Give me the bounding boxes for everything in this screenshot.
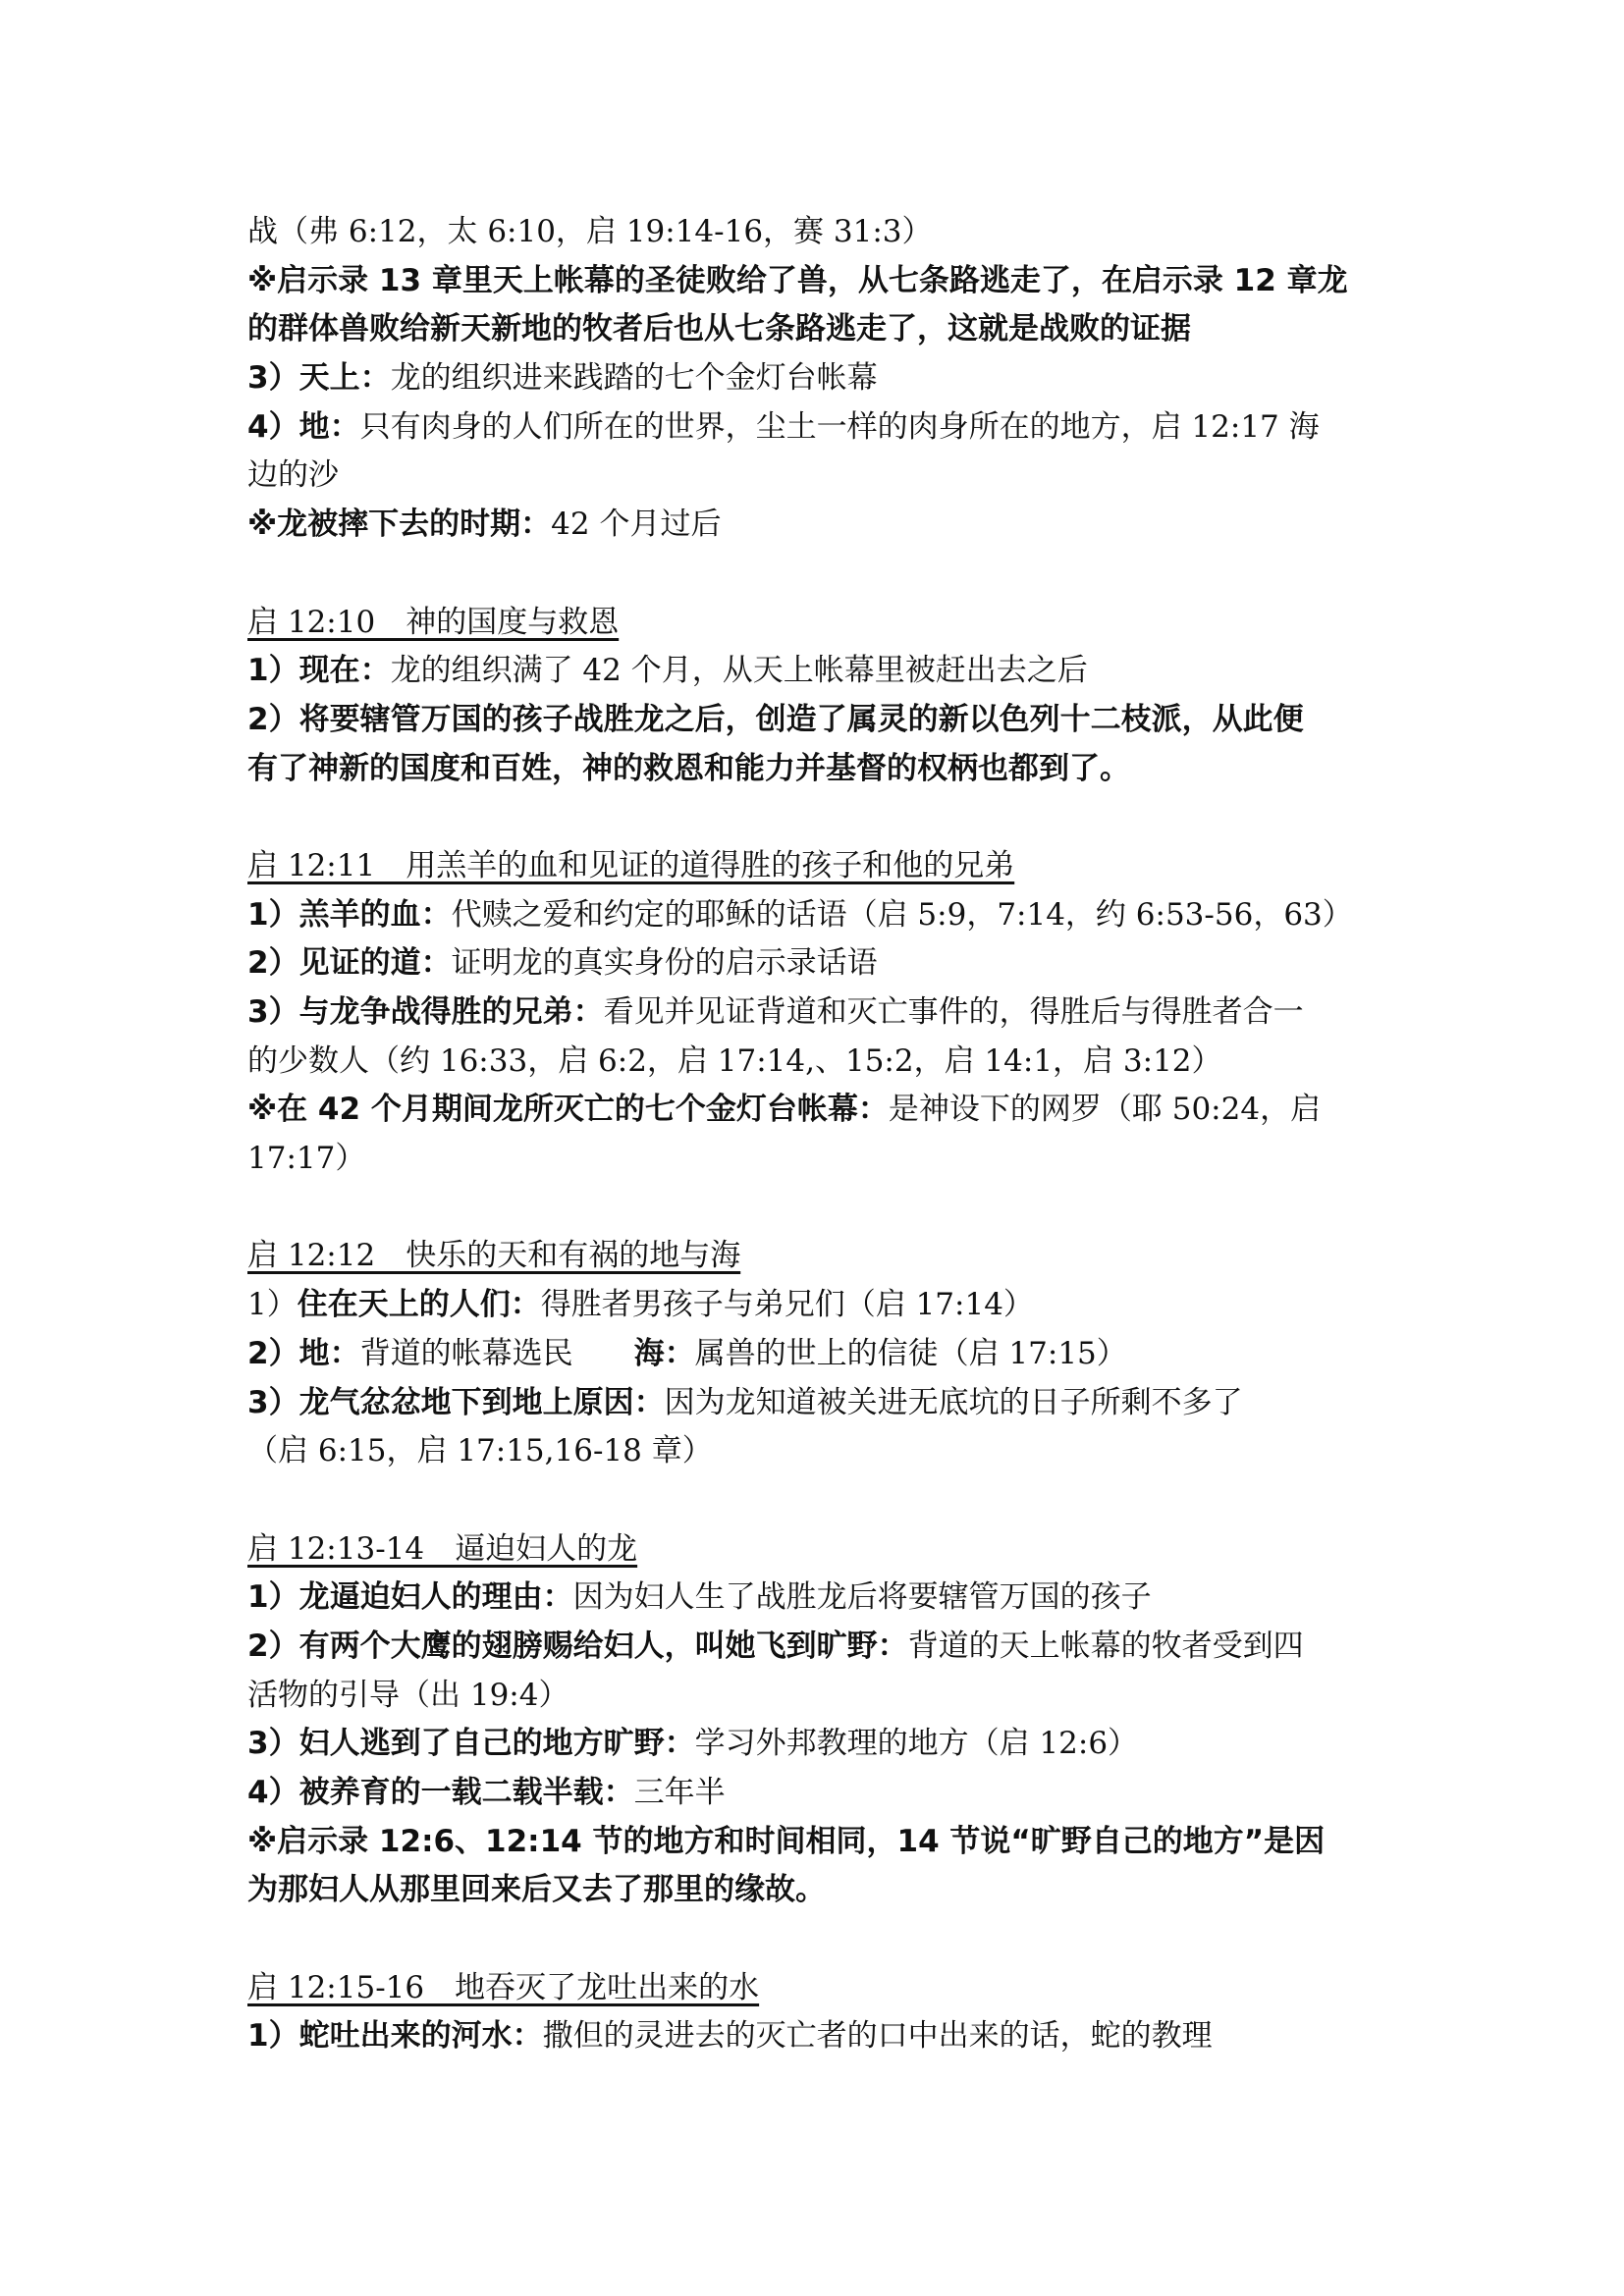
text-line: ※启示录 13 章里天上帐幕的圣徒败给了兽，从七条路逃走了，在启示录 12 章龙 xyxy=(247,257,1386,306)
text-line: 2）将要辖管万国的孩子战胜龙之后，创造了属灵的新以色列十二枝派，从此便 xyxy=(247,696,1386,745)
body-text: 1） xyxy=(247,1287,298,1322)
bold-text: 2）有两个大鹰的翅膀赐给妇人，叫她飞到旷野： xyxy=(247,1629,908,1664)
bold-text: 海： xyxy=(634,1336,695,1371)
section-heading: 启 12:10 神的国度与救恩 xyxy=(247,599,1386,648)
blank-line xyxy=(247,1184,1386,1233)
section-heading: 启 12:15-16 地吞灭了龙吐出来的水 xyxy=(247,1964,1386,2013)
body-text: （启 6:15，启 17:15,16-18 章） xyxy=(247,1433,713,1468)
text-line: 3）妇人逃到了自己的地方旷野：学习外邦教理的地方（启 12:6） xyxy=(247,1720,1386,1769)
text-line: 17:17） xyxy=(247,1135,1386,1184)
section-heading: 启 12:12 快乐的天和有祸的地与海 xyxy=(247,1232,1386,1281)
bold-text: 2）见证的道： xyxy=(247,945,452,981)
blank-line xyxy=(247,550,1386,599)
body-text: 17:17） xyxy=(247,1141,365,1176)
blank-line xyxy=(247,793,1386,842)
section-heading-text: 启 12:11 用羔羊的血和见证的道得胜的孩子和他的兄弟 xyxy=(247,848,1014,883)
text-line: ※在 42 个月期间龙所灭亡的七个金灯台帐幕：是神设下的网罗（耶 50:24，启 xyxy=(247,1086,1386,1135)
text-line: 4）被养育的一载二载半载：三年半 xyxy=(247,1769,1386,1818)
section-heading-text: 启 12:12 快乐的天和有祸的地与海 xyxy=(247,1238,740,1273)
text-line: 2）地：背道的帐幕选民 海：属兽的世上的信徒（启 17:15） xyxy=(247,1330,1386,1379)
body-text: 因为龙知道被关进无底坑的日子所剩不多了 xyxy=(665,1385,1243,1420)
body-text: 学习外邦教理的地方（启 12:6） xyxy=(695,1726,1138,1761)
text-line: ※启示录 12:6、12:14 节的地方和时间相同，14 节说“旷野自己的地方”… xyxy=(247,1818,1386,1867)
body-text: 背道的天上帐幕的牧者受到四 xyxy=(908,1629,1304,1664)
body-text: 三年半 xyxy=(634,1775,726,1810)
body-text: 龙的组织满了 42 个月，从天上帐幕里被赶出去之后 xyxy=(391,653,1088,688)
bold-text: 3）妇人逃到了自己的地方旷野： xyxy=(247,1726,695,1761)
bold-text: 1）蛇吐出来的河水： xyxy=(247,2018,543,2054)
bold-text: ※启示录 12:6、12:14 节的地方和时间相同，14 节说“旷野自己的地方”… xyxy=(247,1824,1325,1859)
text-line: 活物的引导（出 19:4） xyxy=(247,1672,1386,1721)
text-line: ※龙被摔下去的时期：42 个月过后 xyxy=(247,501,1386,550)
bold-text: 1）龙逼迫妇人的理由： xyxy=(247,1579,573,1615)
body-text: 背道的帐幕选民 xyxy=(360,1336,634,1371)
text-line: 2）有两个大鹰的翅膀赐给妇人，叫她飞到旷野：背道的天上帐幕的牧者受到四 xyxy=(247,1623,1386,1672)
section-heading: 启 12:13-14 逼迫妇人的龙 xyxy=(247,1525,1386,1575)
section-heading-text: 启 12:10 神的国度与救恩 xyxy=(247,605,619,640)
bold-text: 4）地： xyxy=(247,409,360,445)
bold-text: 3）天上： xyxy=(247,360,391,396)
text-line: （启 6:15，启 17:15,16-18 章） xyxy=(247,1427,1386,1476)
bold-text: ※在 42 个月期间龙所灭亡的七个金灯台帐幕： xyxy=(247,1092,889,1127)
text-line: 3）天上：龙的组织进来践踏的七个金灯台帐幕 xyxy=(247,354,1386,403)
body-text: 的少数人（约 16:33，启 6:2，启 17:14,、15:2，启 14:1，… xyxy=(247,1043,1222,1079)
text-line: 1）蛇吐出来的河水：撒但的灵进去的灭亡者的口中出来的话，蛇的教理 xyxy=(247,2012,1386,2061)
text-line: 边的沙 xyxy=(247,452,1386,501)
document-page: 战（弗 6:12，太 6:10，启 19:14-16，赛 31:3）※启示录 1… xyxy=(247,208,1386,2061)
bold-text: 1）现在： xyxy=(247,653,391,688)
blank-line xyxy=(247,1915,1386,1964)
blank-line xyxy=(247,1476,1386,1525)
section-heading: 启 12:11 用羔羊的血和见证的道得胜的孩子和他的兄弟 xyxy=(247,842,1386,891)
text-line: 1）现在：龙的组织满了 42 个月，从天上帐幕里被赶出去之后 xyxy=(247,647,1386,696)
bold-text: 2）地： xyxy=(247,1336,360,1371)
text-line: 1）住在天上的人们：得胜者男孩子与弟兄们（启 17:14） xyxy=(247,1281,1386,1330)
bold-text: 的群体兽败给新天新地的牧者后也从七条路逃走了，这就是战败的证据 xyxy=(247,311,1191,347)
body-text: 只有肉身的人们所在的世界，尘土一样的肉身所在的地方，启 12:17 海 xyxy=(360,409,1320,445)
text-line: 4）地：只有肉身的人们所在的世界，尘土一样的肉身所在的地方，启 12:17 海 xyxy=(247,403,1386,453)
bold-text: 为那妇人从那里回来后又去了那里的缘故。 xyxy=(247,1872,826,1907)
text-line: 的群体兽败给新天新地的牧者后也从七条路逃走了，这就是战败的证据 xyxy=(247,305,1386,354)
body-text: 活物的引导（出 19:4） xyxy=(247,1678,568,1713)
body-text: 撒但的灵进去的灭亡者的口中出来的话，蛇的教理 xyxy=(543,2018,1213,2054)
bold-text: ※启示录 13 章里天上帐幕的圣徒败给了兽，从七条路逃走了，在启示录 12 章龙 xyxy=(247,263,1348,298)
body-text: 战（弗 6:12，太 6:10，启 19:14-16，赛 31:3） xyxy=(247,214,933,249)
text-line: 战（弗 6:12，太 6:10，启 19:14-16，赛 31:3） xyxy=(247,208,1386,257)
text-line: 1）羔羊的血：代赎之爱和约定的耶稣的话语（启 5:9，7:14，约 6:53-5… xyxy=(247,891,1386,940)
text-line: 1）龙逼迫妇人的理由：因为妇人生了战胜龙后将要辖管万国的孩子 xyxy=(247,1574,1386,1623)
body-text: 是神设下的网罗（耶 50:24，启 xyxy=(889,1092,1321,1127)
text-line: 的少数人（约 16:33，启 6:2，启 17:14,、15:2，启 14:1，… xyxy=(247,1038,1386,1087)
body-text: 看见并见证背道和灭亡事件的，得胜后与得胜者合一 xyxy=(604,994,1304,1030)
body-text: 得胜者男孩子与弟兄们（启 17:14） xyxy=(541,1287,1034,1322)
body-text: 属兽的世上的信徒（启 17:15） xyxy=(695,1336,1127,1371)
body-text: 证明龙的真实身份的启示录话语 xyxy=(452,945,878,981)
text-line: 3）龙气忿忿地下到地上原因：因为龙知道被关进无底坑的日子所剩不多了 xyxy=(247,1379,1386,1428)
bold-text: 住在天上的人们： xyxy=(298,1287,541,1322)
bold-text: ※龙被摔下去的时期： xyxy=(247,507,551,542)
body-text: 42 个月过后 xyxy=(551,507,721,542)
bold-text: 1）羔羊的血： xyxy=(247,897,452,933)
body-text: 因为妇人生了战胜龙后将要辖管万国的孩子 xyxy=(573,1579,1152,1615)
bold-text: 4）被养育的一载二载半载： xyxy=(247,1775,634,1810)
bold-text: 有了神新的国度和百姓，神的救恩和能力并基督的权柄也都到了。 xyxy=(247,751,1130,786)
section-heading-text: 启 12:13-14 逼迫妇人的龙 xyxy=(247,1531,637,1567)
body-text: 龙的组织进来践踏的七个金灯台帐幕 xyxy=(391,360,878,396)
section-heading-text: 启 12:15-16 地吞灭了龙吐出来的水 xyxy=(247,1970,759,2005)
bold-text: 3）龙气忿忿地下到地上原因： xyxy=(247,1385,665,1420)
text-line: 3）与龙争战得胜的兄弟：看见并见证背道和灭亡事件的，得胜后与得胜者合一 xyxy=(247,988,1386,1038)
body-text: 边的沙 xyxy=(247,457,339,493)
bold-text: 3）与龙争战得胜的兄弟： xyxy=(247,994,604,1030)
body-text: 代赎之爱和约定的耶稣的话语（启 5:9，7:14，约 6:53-56，63） xyxy=(452,897,1353,933)
text-line: 2）见证的道：证明龙的真实身份的启示录话语 xyxy=(247,939,1386,988)
bold-text: 2）将要辖管万国的孩子战胜龙之后，创造了属灵的新以色列十二枝派，从此便 xyxy=(247,702,1304,737)
text-line: 有了神新的国度和百姓，神的救恩和能力并基督的权柄也都到了。 xyxy=(247,745,1386,794)
text-line: 为那妇人从那里回来后又去了那里的缘故。 xyxy=(247,1866,1386,1915)
